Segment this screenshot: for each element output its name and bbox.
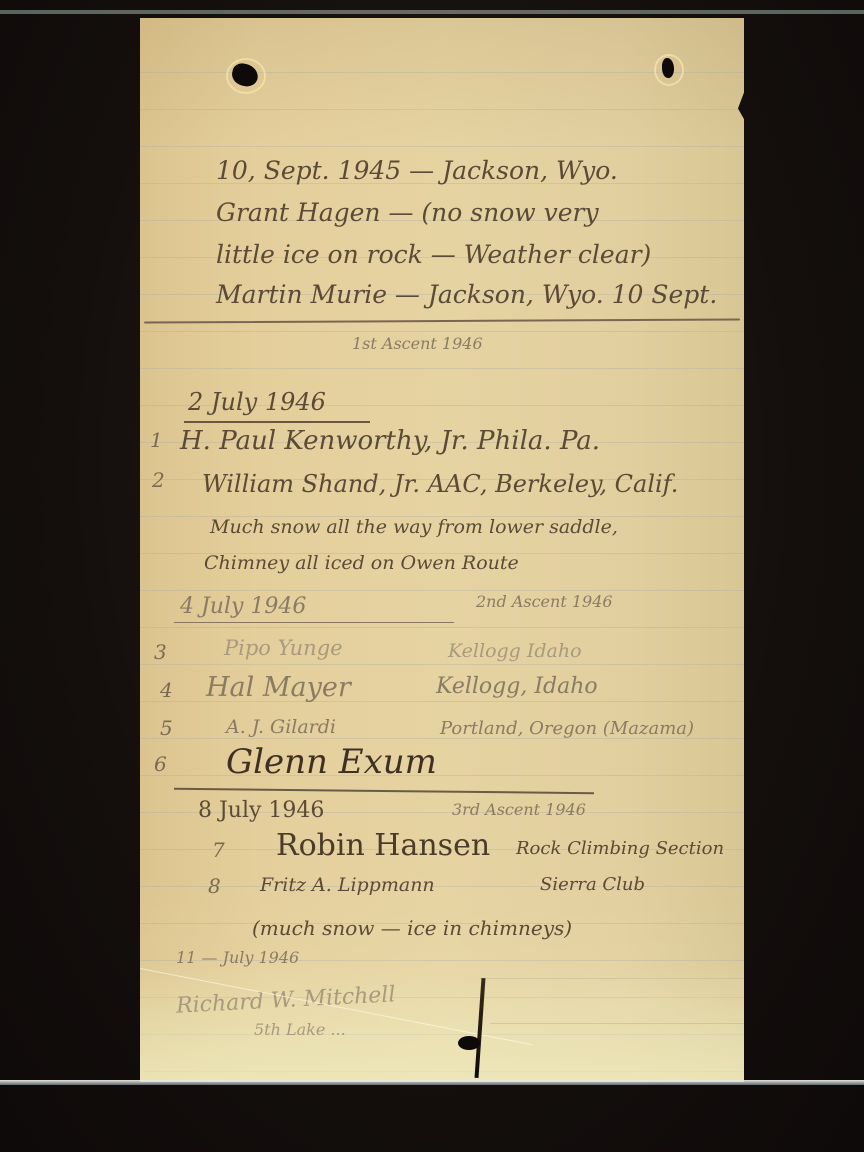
ascent-date-4: 11 — July 1946 [176, 948, 299, 967]
entry-1945-line3: little ice on rock — Weather clear) [216, 240, 651, 269]
entry-number: 5 [160, 716, 173, 740]
entry-1945-line1: 10, Sept. 1945 — Jackson, Wyo. [216, 156, 618, 185]
climber-place: Sierra Club [540, 874, 645, 895]
ascent-note-line1: Much snow all the way from lower saddle, [210, 516, 618, 538]
paper-faded-lower [140, 958, 744, 1082]
entry-number: 8 [208, 874, 221, 898]
divider-line [174, 788, 594, 794]
punch-hole-right-rim [654, 54, 684, 86]
divider-line [144, 318, 740, 323]
ascent-note: (much snow — ice in chimneys) [252, 916, 572, 940]
climber-place: Rock Climbing Section [516, 838, 724, 859]
glass-frame-top-edge [0, 10, 864, 14]
climber-name: William Shand, Jr. AAC, Berkeley, Calif. [202, 470, 678, 498]
climber-name: Fritz A. Lippmann [260, 874, 435, 896]
date-underline [174, 622, 454, 623]
climber-name: Hal Mayer [206, 672, 351, 703]
ascent-label-3: 3rd Ascent 1946 [452, 800, 586, 819]
climber-place: 5th Lake ... [254, 1020, 346, 1039]
climber-name: H. Paul Kenworthy, Jr. Phila. Pa. [180, 426, 600, 456]
register-page: 10, Sept. 1945 — Jackson, Wyo. Grant Hag… [140, 18, 744, 1082]
entry-1945-line2: Grant Hagen — (no snow very [216, 198, 599, 227]
glass-frame-bottom-edge [0, 1080, 864, 1085]
date-underline [184, 421, 370, 423]
entry-number: 7 [212, 838, 225, 862]
climber-place: Kellogg Idaho [448, 640, 582, 662]
paper-crease [490, 1023, 744, 1024]
punch-hole-left-rim [226, 58, 266, 94]
entry-number: 2 [152, 468, 165, 492]
ascent-note-line2: Chimney all iced on Owen Route [204, 552, 519, 574]
ascent-date-2: 4 July 1946 [180, 594, 306, 619]
ascent-date-3: 8 July 1946 [198, 798, 324, 823]
climber-place: Portland, Oregon (Mazama) [440, 718, 694, 739]
entry-number: 4 [160, 678, 173, 702]
entry-number: 3 [154, 640, 167, 664]
entry-number: 1 [150, 428, 163, 452]
ascent-date-1: 2 July 1946 [188, 388, 326, 416]
climber-place: Kellogg, Idaho [436, 674, 598, 699]
climber-signature: Glenn Exum [226, 742, 437, 782]
ascent-label-1: 1st Ascent 1946 [352, 334, 483, 353]
entry-1945-line4: Martin Murie — Jackson, Wyo. 10 Sept. [216, 280, 717, 309]
climber-name: A. J. Gilardi [226, 716, 336, 738]
climber-name: Pipo Yunge [224, 636, 343, 660]
paper-crease [480, 978, 744, 979]
climber-name: Robin Hansen [276, 828, 490, 863]
paper-tear-hole [458, 1036, 480, 1050]
ascent-label-2: 2nd Ascent 1946 [476, 592, 613, 611]
entry-number: 6 [154, 752, 167, 776]
